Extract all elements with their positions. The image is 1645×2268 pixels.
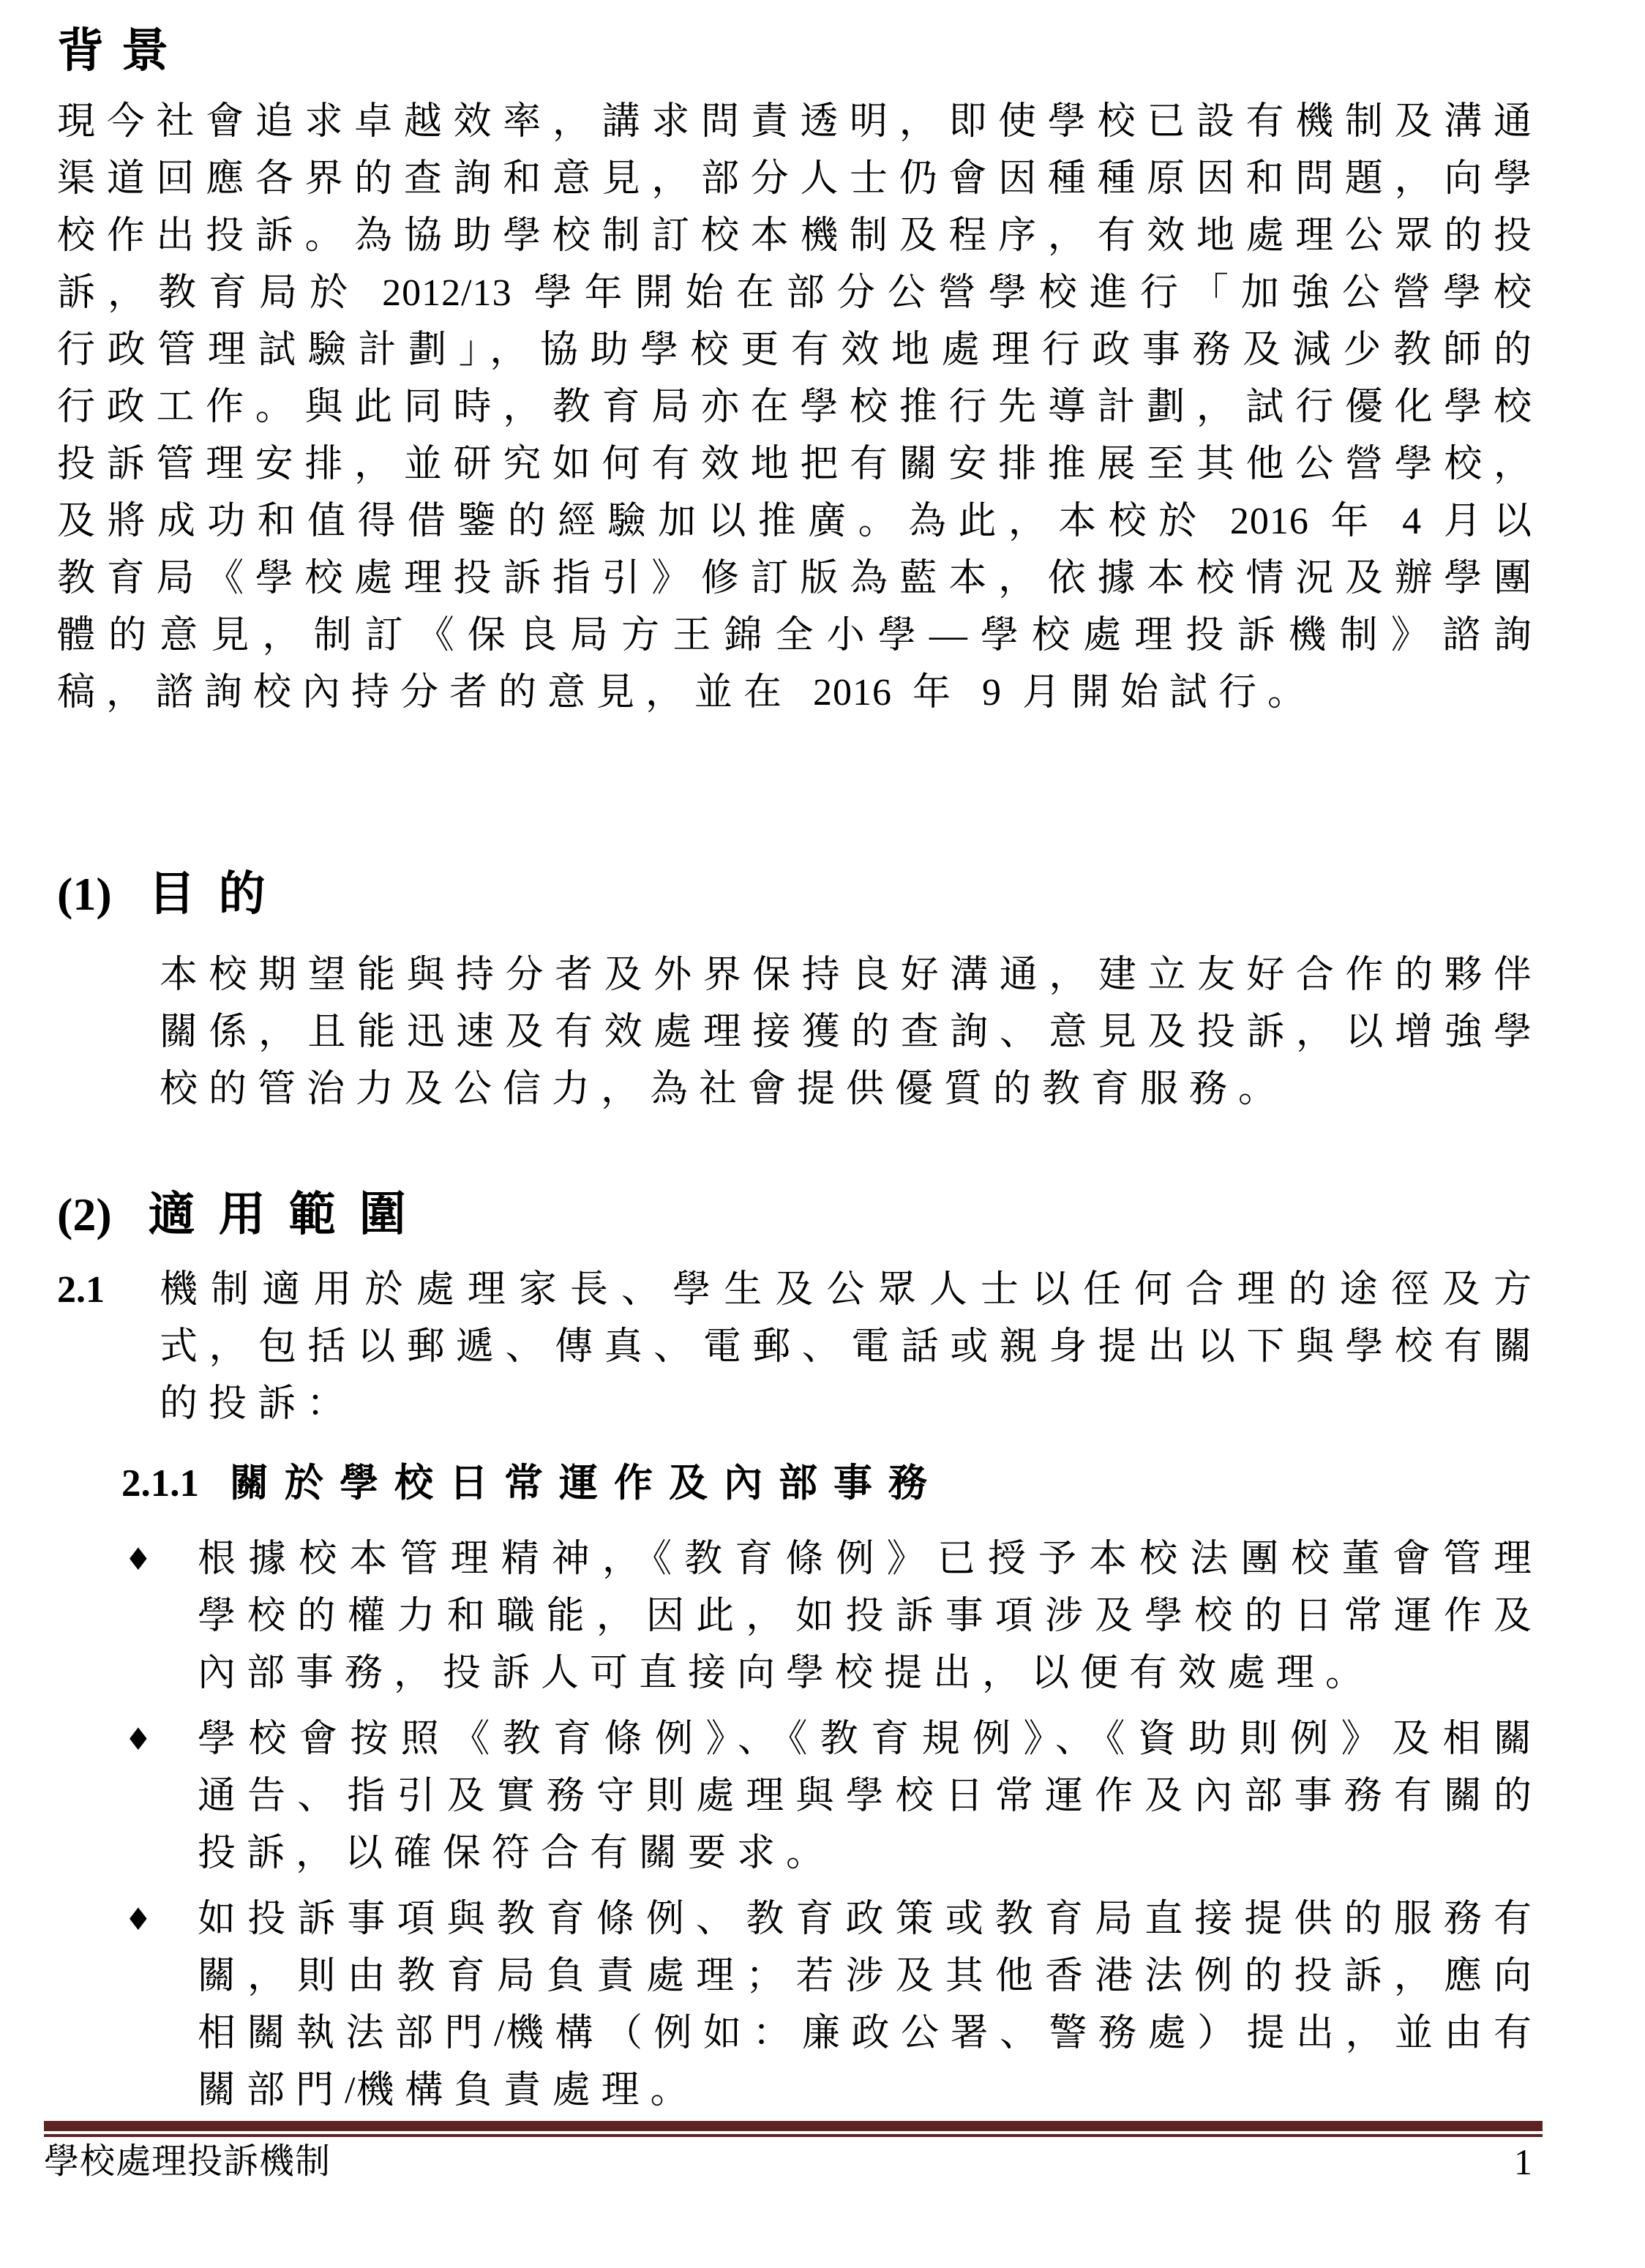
section-scope-title: 適用範圍 — [149, 1189, 430, 1241]
background-heading: 背景 — [57, 26, 1543, 76]
diamond-bullet-icon: ♦ — [124, 1531, 198, 1702]
background-paragraph: 現今社會追求卓越效率，講求問責透明，即使學校已設有機制及溝通渠道回應各界的查詢和… — [57, 94, 1543, 722]
clause-2-1-1-number: 2.1.1 — [121, 1462, 199, 1505]
document-page: { "accent_color": "#5E2223", "background… — [0, 0, 1645, 2268]
footer-page-number: 1 — [1514, 2141, 1543, 2182]
section-scope-number: (2) — [57, 1189, 112, 1241]
bullet-text-3: 如投訴事項與教育條例、教育政策或教育局直接提供的服務有關，則由教育局負責處理；若… — [198, 1891, 1543, 2119]
clause-2-1-number: 2.1 — [57, 1262, 160, 1433]
bullet-text-2: 學校會按照《教育條例》、《教育規例》、《資助則例》及相關通告、指引及實務守則處理… — [198, 1711, 1543, 1882]
diamond-bullet-icon: ♦ — [124, 1891, 198, 2119]
footer-rule-thin — [44, 2134, 1543, 2137]
footer-rule-thick — [44, 2121, 1543, 2131]
bullet-list: ♦ 根據校本管理精神，《教育條例》已授予本校法團校董會管理學校的權力和職能，因此… — [57, 1531, 1543, 2119]
section-scope-heading: (2) 適用範圍 — [57, 1189, 1543, 1241]
clause-2-1-1-title: 關於學校日常運作及內部事務 — [230, 1462, 943, 1505]
section-purpose-title: 目的 — [149, 868, 289, 921]
bullet-text-1: 根據校本管理精神，《教育條例》已授予本校法團校董會管理學校的權力和職能，因此，如… — [198, 1531, 1543, 1702]
section-purpose-paragraph: 本校期望能與持分者及外界保持良好溝通，建立友好合作的夥伴關係，且能迅速及有效處理… — [160, 947, 1543, 1118]
footer-doc-title: 學校處理投訴機制 — [44, 2141, 331, 2182]
clause-2-1: 2.1 機制適用於處理家長、學生及公眾人士以任何合理的途徑及方式，包括以郵遞、傳… — [57, 1262, 1543, 1433]
footer: 學校處理投訴機制 1 — [44, 2141, 1543, 2182]
list-item: ♦ 根據校本管理精神，《教育條例》已授予本校法團校董會管理學校的權力和職能，因此… — [124, 1531, 1543, 1702]
clause-2-1-1-heading: 2.1.1 關於學校日常運作及內部事務 — [121, 1462, 1543, 1505]
list-item: ♦ 學校會按照《教育條例》、《教育規例》、《資助則例》及相關通告、指引及實務守則… — [124, 1711, 1543, 1882]
section-purpose-heading: (1) 目的 — [57, 868, 1543, 921]
diamond-bullet-icon: ♦ — [124, 1711, 198, 1882]
clause-2-1-text: 機制適用於處理家長、學生及公眾人士以任何合理的途徑及方式，包括以郵遞、傳真、電郵… — [160, 1262, 1543, 1433]
section-purpose-number: (1) — [57, 868, 112, 921]
list-item: ♦ 如投訴事項與教育條例、教育政策或教育局直接提供的服務有關，則由教育局負責處理… — [124, 1891, 1543, 2119]
